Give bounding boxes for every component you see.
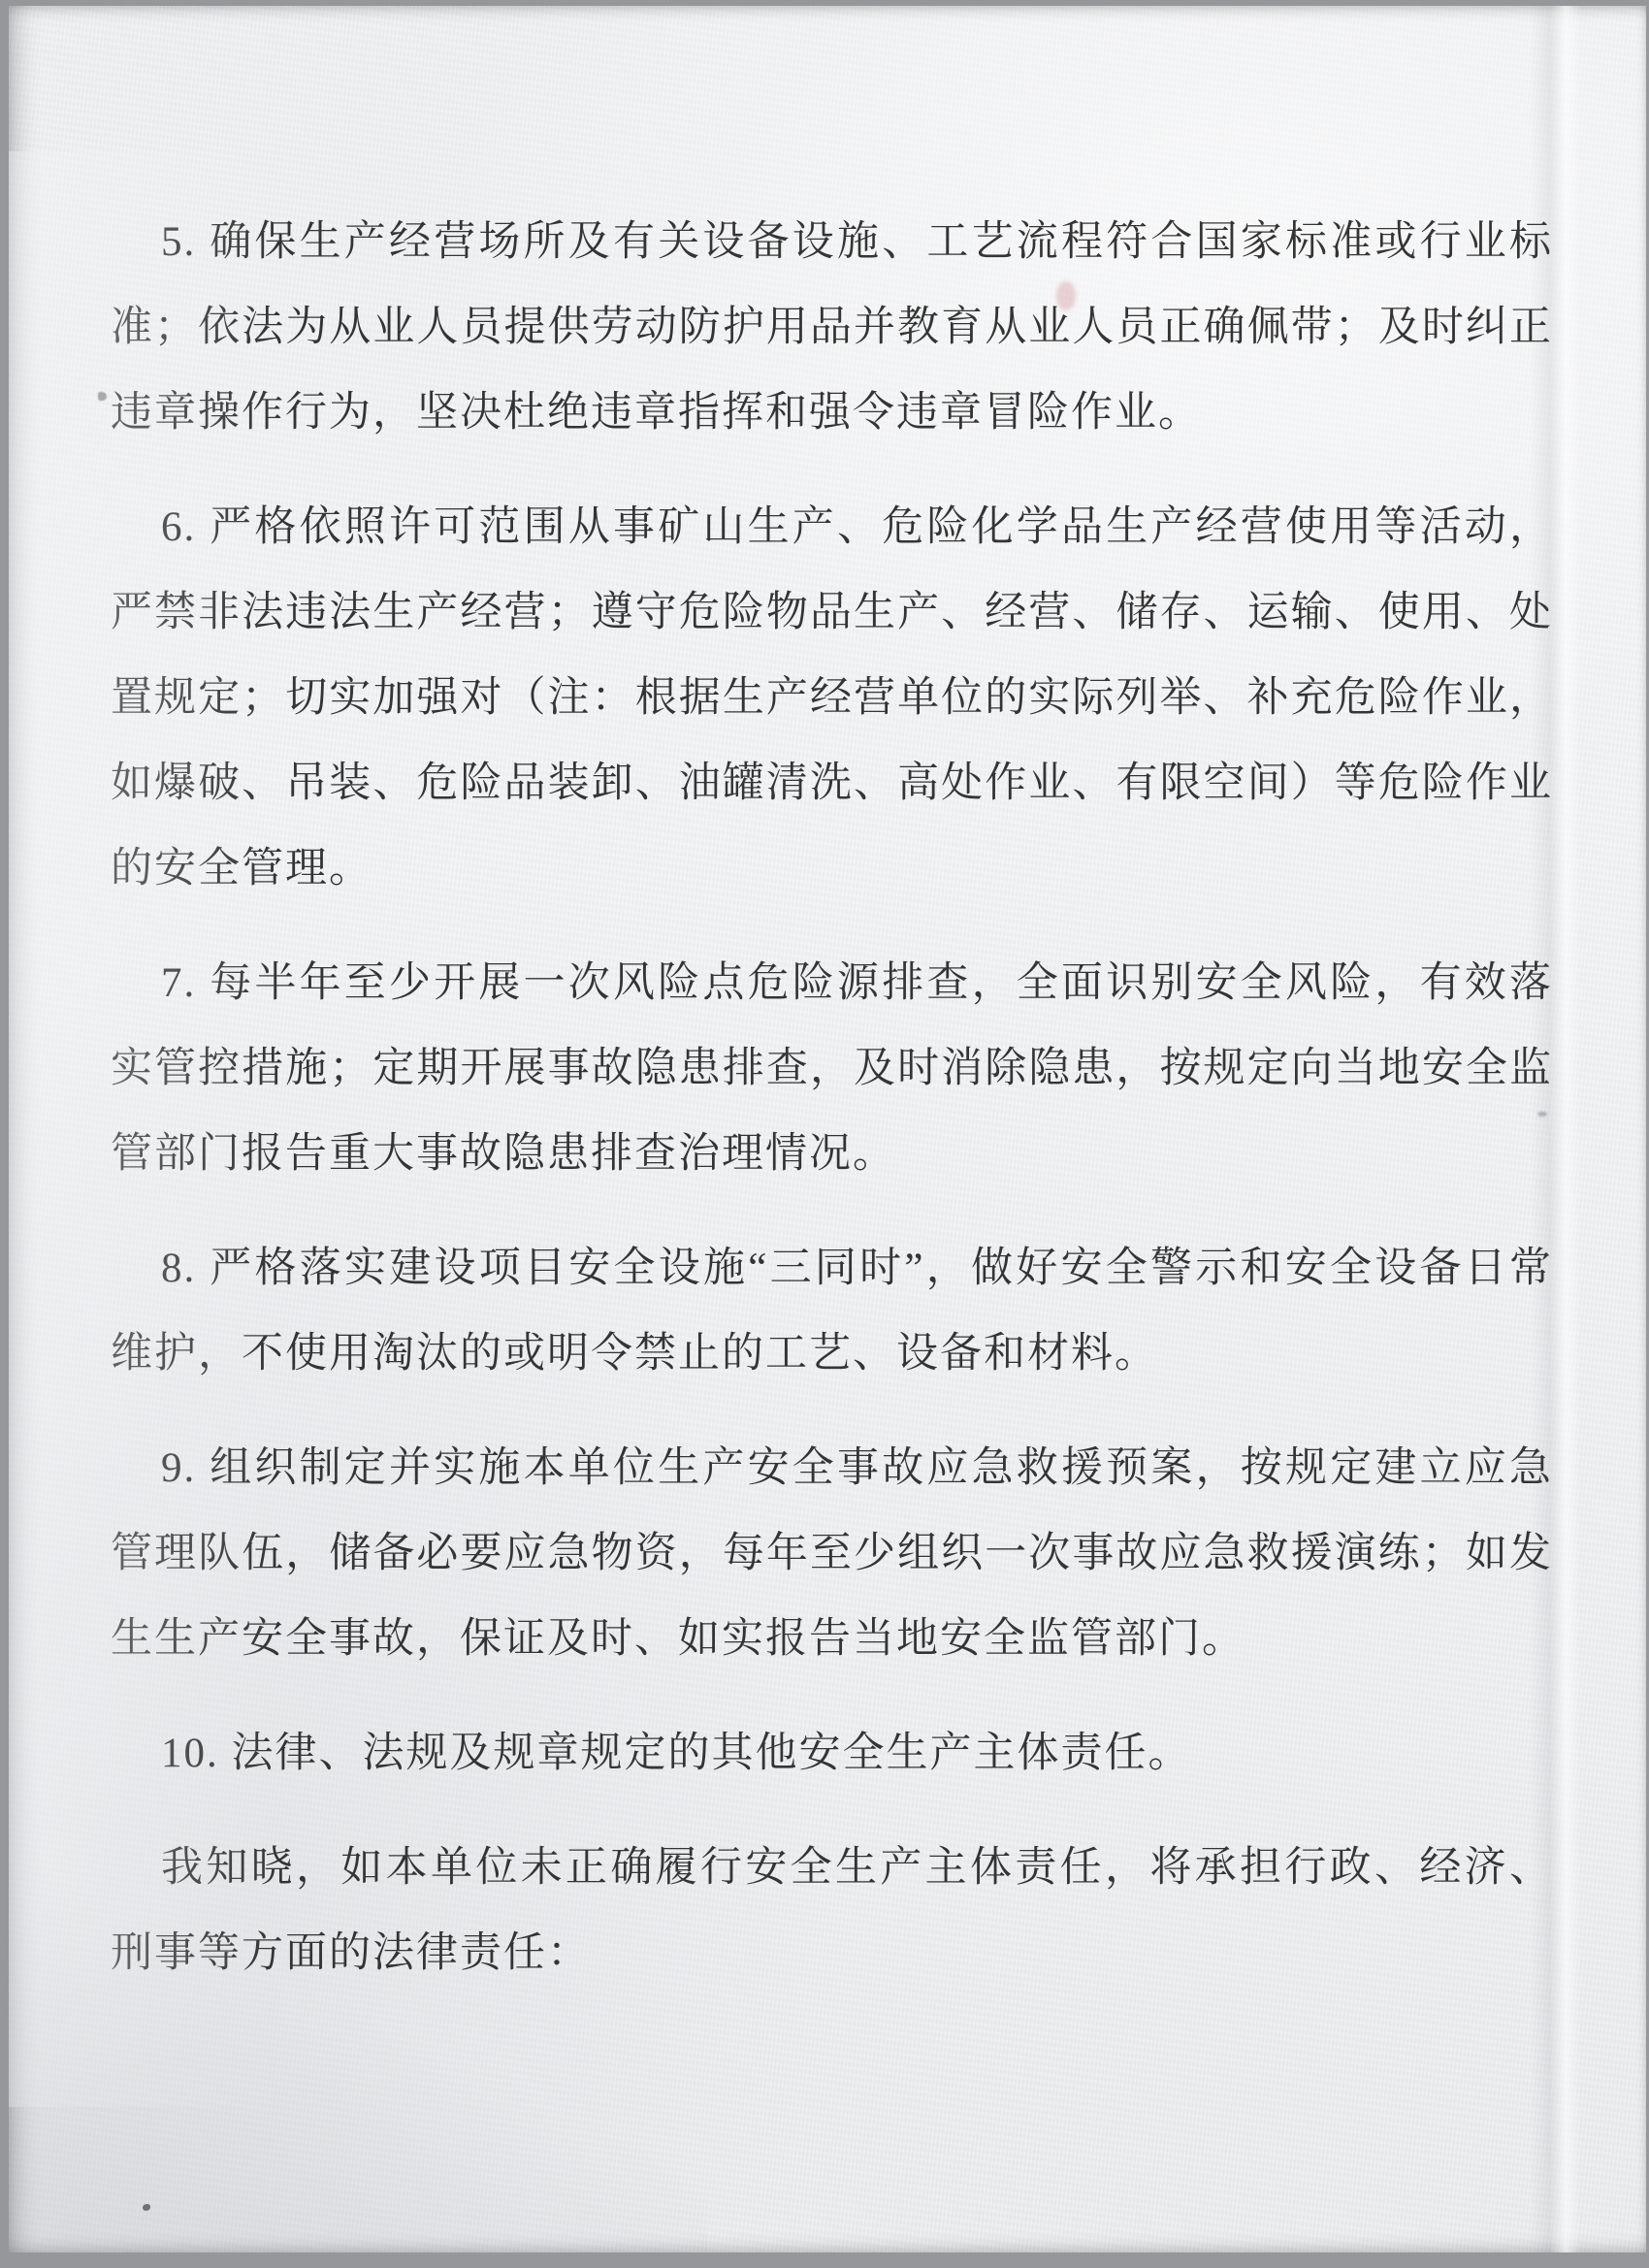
paragraph-item-5: 5. 确保生产经营场所及有关设备设施、工艺流程符合国家标准或行业标准；依法为从业… [111, 200, 1553, 456]
paragraph-item-6: 6. 严格依照许可范围从事矿山生产、危险化学品生产经营使用等活动，严禁非法违法生… [111, 485, 1553, 912]
document-text-block: 5. 确保生产经营场所及有关设备设施、工艺流程符合国家标准或行业标准；依法为从业… [111, 200, 1553, 1996]
scan-speck-bottom-left [143, 2204, 150, 2211]
paragraph-closing: 我知晓，如本单位未正确履行安全生产主体责任，将承担行政、经济、刑事等方面的法律责… [111, 1826, 1553, 1996]
paragraph-item-8: 8. 严格落实建设项目安全设施“三同时”，做好安全警示和安全设备日常维护，不使用… [111, 1226, 1553, 1397]
scan-speck-left-margin [98, 392, 107, 401]
paragraph-item-9: 9. 组织制定并实施本单位生产安全事故应急救援预案，按规定建立应急管理队伍，储备… [111, 1426, 1553, 1682]
paragraph-item-7: 7. 每半年至少开展一次风险点危险源排查，全面识别安全风险，有效落实管控措施；定… [111, 941, 1553, 1197]
document-page: 5. 确保生产经营场所及有关设备设施、工艺流程符合国家标准或行业标准；依法为从业… [9, 6, 1646, 2252]
scanned-document: 5. 确保生产经营场所及有关设备设施、工艺流程符合国家标准或行业标准；依法为从业… [0, 0, 1649, 2268]
paragraph-item-10: 10. 法律、法规及规章规定的其他安全生产主体责任。 [111, 1711, 1553, 1797]
